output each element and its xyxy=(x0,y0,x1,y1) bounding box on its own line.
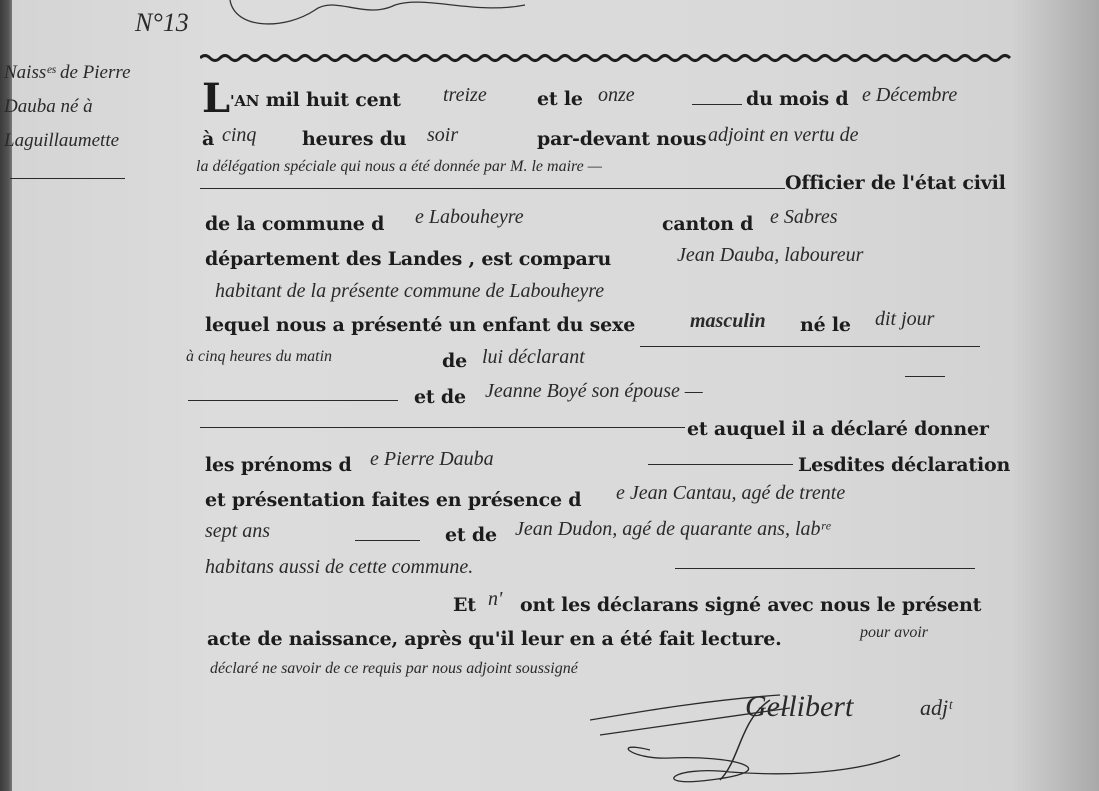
signature-title: adjᵗ xyxy=(920,695,952,721)
officer-role-b: la délégation spéciale qui nous a été do… xyxy=(196,158,602,176)
names-rule xyxy=(200,427,685,428)
given-names-value: e Pierre Dauba xyxy=(370,448,494,471)
father-rule xyxy=(640,346,980,347)
given-names-label: les prénoms d xyxy=(205,454,352,476)
sex-value: masculin xyxy=(690,310,766,333)
witness1-rule xyxy=(355,540,420,541)
officer-role-a: adjoint en vertu de xyxy=(708,124,859,147)
act-label: acte de naissance, après qu'il leur en a… xyxy=(207,628,782,650)
negation-value: n' xyxy=(488,588,502,611)
declarant-value: Jean Dauba, laboureur xyxy=(677,244,863,267)
signature-intro: Et xyxy=(453,594,476,616)
day-value: onze xyxy=(598,84,635,107)
witness2-label: et de xyxy=(445,524,497,546)
margin-rule xyxy=(10,178,125,179)
commune-value: e Labouheyre xyxy=(415,206,524,229)
month-value: e Décembre xyxy=(862,84,957,107)
father-value: lui déclarant xyxy=(482,346,585,369)
canton-value: e Sabres xyxy=(770,206,838,229)
department-label: département des Landes , est comparu xyxy=(205,248,611,270)
hour-prefix: à xyxy=(202,128,214,150)
officer-label: Officier de l'état civil xyxy=(785,172,1006,194)
printed-year-label: L'AN L'AN mil huit centmil huit cent xyxy=(202,82,401,116)
time-of-day-value: soir xyxy=(427,124,458,147)
hour-value: cinq xyxy=(222,124,256,147)
margin-note-line1: Naissᵉˢ de Pierre xyxy=(4,62,131,84)
day-rule xyxy=(692,104,742,105)
given-names-rule xyxy=(648,464,793,465)
signature-clause: ont les déclarans signé avec nous le pré… xyxy=(520,594,981,616)
decorative-flourish-icon xyxy=(225,0,625,30)
day-label: et le xyxy=(537,88,583,110)
before-us-label: par-devant nous xyxy=(537,128,706,150)
margin-note-line2: Dauba né à xyxy=(4,96,93,118)
closing-value-a: pour avoir xyxy=(860,624,928,642)
declaration-label: Lesdites déclaration xyxy=(798,454,1010,476)
mother-label: et de xyxy=(414,386,466,408)
witness1-age-value: sept ans xyxy=(205,520,270,543)
book-binding-edge xyxy=(0,0,12,791)
officer-rule xyxy=(200,188,785,189)
mother-rule-left xyxy=(188,400,398,401)
entry-number: N°13 xyxy=(135,8,189,38)
given-names-intro: et auquel il a déclaré donner xyxy=(687,418,989,440)
witness-residence-rule xyxy=(675,568,975,569)
witness-intro: et présentation faites en présence d xyxy=(205,489,581,511)
born-on-label: né le xyxy=(800,314,851,336)
margin-note-line3: Laguillaumette xyxy=(4,130,119,152)
born-on-value: dit jour xyxy=(875,308,934,331)
residence-value: habitant de la présente commune de Labou… xyxy=(215,280,604,303)
wavy-header-rule xyxy=(200,53,1020,63)
witness1-value: e Jean Cantau, agé de trente xyxy=(616,482,845,505)
canton-label: canton d xyxy=(662,213,753,235)
mother-value: Jeanne Boyé son épouse — xyxy=(485,380,703,403)
signature-name: Gellibert xyxy=(745,690,853,724)
year-value: treize xyxy=(443,84,487,107)
mother-rule-right xyxy=(905,376,945,377)
closing-value-b: déclaré ne savoir de ce requis par nous … xyxy=(210,660,578,678)
father-label: de xyxy=(442,350,467,372)
hour-label: heures du xyxy=(302,128,406,150)
child-sex-label: lequel nous a présenté un enfant du sexe xyxy=(205,314,635,336)
commune-label: de la commune d xyxy=(205,213,384,235)
register-page: N°13 Naissᵉˢ de Pierre Dauba né à Laguil… xyxy=(0,0,1099,791)
birth-time-value: à cinq heures du matin xyxy=(186,348,332,366)
witness-residence-value: habitans aussi de cette commune. xyxy=(205,556,473,579)
month-label: du mois d xyxy=(746,88,849,110)
witness2-value: Jean Dudon, agé de quarante ans, labʳᵉ xyxy=(515,518,830,541)
